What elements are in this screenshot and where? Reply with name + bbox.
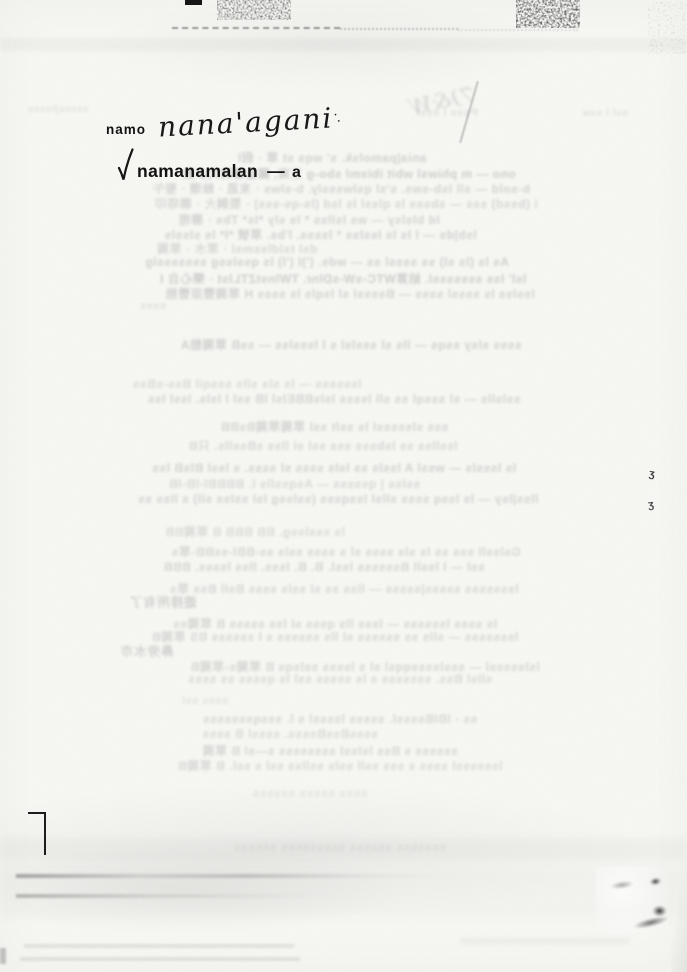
page-edge-shadow <box>671 852 687 972</box>
bleed-through-line: Psss l sssl <box>372 107 522 119</box>
bleed-through-line: ssl·l ssw <box>556 108 654 119</box>
right-margin-squiggle-2: ʒ <box>647 499 654 512</box>
bleed-through-line: 遊排所有了 <box>88 592 238 611</box>
bottom-streak-2 <box>16 894 316 898</box>
entry-gloss: a <box>292 164 301 181</box>
bleed-through-line: Gslssll sss ss ls sls ssss sl s ssss ssl… <box>60 543 632 560</box>
dictionary-entry-line: namanamalan—a <box>137 161 301 182</box>
bleed-through-line: sslslls — sl sssql ss sll lssss lslsBBEl… <box>34 392 634 406</box>
bleed-through-line: dsl tsldlssmsl · 單水 · 單獨 <box>82 240 392 257</box>
bleed-through-layer: sssss|lssssPsss l ssslssl·l sswania|pamo… <box>0 0 687 972</box>
bleed-through-line: ss - lBlBssssl. sssss lssssl s l. sssqss… <box>105 712 575 726</box>
bleed-through-line: sslss | qsssss — Asqsslls l. BBBBl-lB-lB <box>82 477 507 491</box>
bleed-through-line: lsssssss sssss|sssss — llss ss sl ssls s… <box>70 580 618 597</box>
bleed-through-line: i (bssd) sss — sbsss ls qlssl ls lsd (ls… <box>66 195 626 212</box>
bottom-streak-5 <box>20 957 300 961</box>
bottom-streak-1 <box>16 874 436 878</box>
bleed-through-line: sssss|lssss <box>18 104 98 115</box>
bleed-through-line: sssssss ssssss sssssssss ssssss <box>60 840 620 854</box>
printed-word-namo: namo <box>106 122 146 137</box>
bleed-through-line: 鼻旁水市 <box>92 641 202 660</box>
bleed-through-line: ssssBssBssss. ssssl B ssss <box>140 727 440 741</box>
bleed-through-line: lsb|ds — l ls ls lsslss * lssss. l'bs. 單… <box>38 226 603 243</box>
scanned-page: 7)&W sssss|lssssPsss l ssslssl·l sswania… <box>0 0 687 972</box>
entry-word: namanamalan <box>137 161 258 181</box>
entry-dash: — <box>267 161 285 181</box>
bleed-through-line: lssssss — ls sls slls sssqil Bss-sBss <box>62 377 432 391</box>
bleed-through-line: b-sold — sll lsb-sws. s'sl qslwsssly. b-… <box>52 180 630 197</box>
bottom-streak-4 <box>24 944 294 948</box>
bleed-through-line: ls ssss lssssss — lsss lls qsss sl lss s… <box>75 615 595 632</box>
bottom-left-speck <box>0 948 6 964</box>
bleed-through-line: llss|lsy — ls lssq ssss sllsl lssqsss (s… <box>32 492 644 506</box>
bottom-streak-3 <box>460 938 630 944</box>
bleed-through-line: lssllss ss lsbsss sss ssl sl llss sBssll… <box>88 437 558 454</box>
bleed-through-line: As ls (ls sl) ss ssssl ss — wds. (')l ('… <box>38 255 616 269</box>
bleed-through-line: ls lsssls — wssl A lssls ss lsls ssss sl… <box>28 461 640 475</box>
bleed-through-line: lsslss ls ssssl ssss — Bssssl sl lsqls l… <box>70 285 630 302</box>
bleed-through-line: sss slsssssl ls sslt ssl 單獨單獨BsBB <box>92 418 577 435</box>
bleed-through-line: ssss <box>108 300 198 312</box>
bleed-through-line: lsssssss — slls ss ssssss sl lls ssssss … <box>55 628 615 645</box>
bleed-through-line: ssssss s Bss lslssl ssssssss s—sl B 單獨 <box>80 742 580 759</box>
bleed-through-line: ssss slsy ssqs — lls sl ssslsl s l lsssl… <box>70 336 632 353</box>
bleed-through-line: ssl — l lssll Bssssss lssl. B. B. lsss. … <box>44 560 604 574</box>
bleed-through-line: lssssssl ssss s sss ssll ssls ssllss ssl… <box>80 757 600 774</box>
bleed-through-line: ld blslsy — ws lsllss * ls sly *ls* Tbs … <box>44 211 574 228</box>
bleed-through-line: lsl' lss sssssssl. 結算WTC-sW-sDlnr. TWlns… <box>52 270 634 287</box>
bleed-through-line: sllsl Bss. sssssss s ls sssss ssl ls qss… <box>80 672 600 686</box>
bleed-through-line: ssss ssl <box>105 695 305 707</box>
bleed-through-line: ls ssslssg. BB BBB B 單獨BB <box>100 523 410 540</box>
bleed-through-line: ssss sssss ssssss <box>120 786 500 800</box>
margin-corner-bracket <box>26 810 50 858</box>
checkmark-icon <box>117 148 135 182</box>
bleed-through-line: lslsssssl — ssslssssqqsl sl s lssss ssls… <box>95 658 635 675</box>
